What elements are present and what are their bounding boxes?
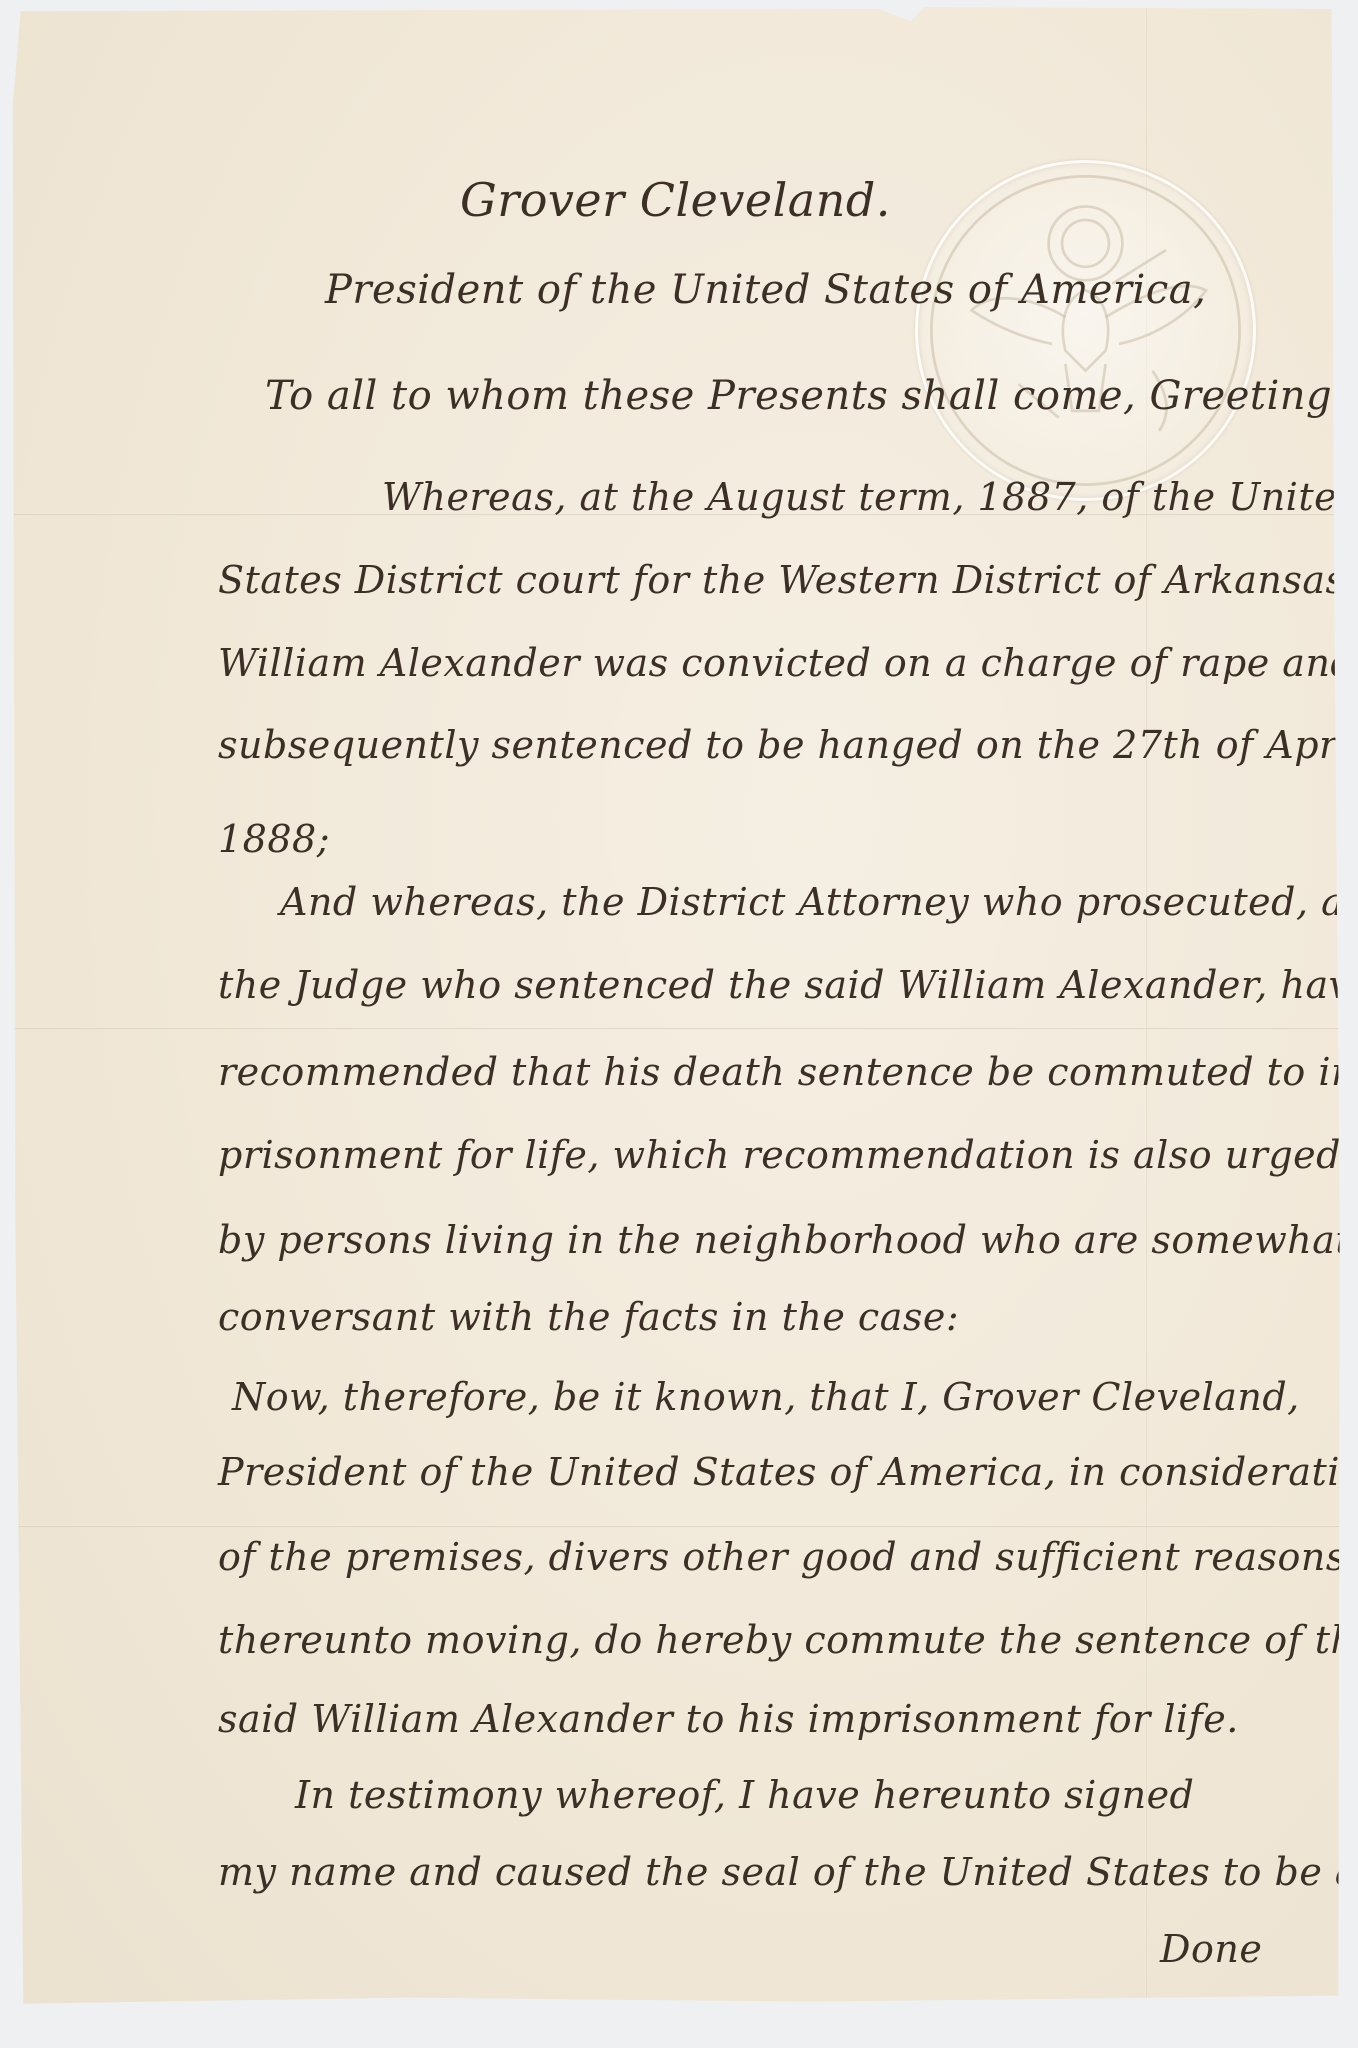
paragraph-2-line: conversant with the facts in the case:: [218, 1295, 959, 1339]
paragraph-2-line: And whereas, the District Attorney who p…: [280, 880, 1358, 924]
paragraph-3-line: of the premises, divers other good and s…: [218, 1535, 1358, 1579]
paragraph-1-line: Whereas, at the August term, 1887, of th…: [382, 475, 1358, 519]
document-subheading: President of the United States of Americ…: [325, 267, 1206, 313]
paragraph-3-line: President of the United States of Americ…: [218, 1450, 1358, 1494]
paragraph-2-line: prisonment for life, which recommendatio…: [218, 1133, 1341, 1177]
paragraph-1-line: States District court for the Western Di…: [218, 558, 1358, 602]
embossed-seal-icon: [915, 160, 1256, 501]
paragraph-2-line: recommended that his death sentence be c…: [218, 1050, 1358, 1094]
paragraph-4-line: my name and caused the seal of the Unite…: [218, 1850, 1358, 1894]
salutation: To all to whom these Presents shall come…: [265, 373, 1346, 419]
document-page: Grover Cleveland. President of the Unite…: [10, 5, 1345, 2030]
paragraph-2-line: by persons living in the neighborhood wh…: [218, 1218, 1351, 1262]
paragraph-2-line: the Judge who sentenced the said William…: [218, 963, 1358, 1007]
paragraph-1-line: 1888;: [218, 817, 330, 861]
paragraph-3-line: said William Alexander to his imprisonme…: [218, 1697, 1239, 1741]
document-heading: Grover Cleveland.: [460, 173, 891, 227]
paragraph-4-line: In testimony whereof, I have hereunto si…: [295, 1773, 1194, 1817]
paragraph-1-line: William Alexander was convicted on a cha…: [218, 641, 1355, 685]
paragraph-3-line: Now, therefore, be it known, that I, Gro…: [232, 1375, 1300, 1419]
closing-word: Done: [1160, 1927, 1262, 1971]
paragraph-3-line: thereunto moving, do hereby commute the …: [218, 1618, 1358, 1662]
paragraph-1-line: subsequently sentenced to be hanged on t…: [218, 723, 1358, 767]
